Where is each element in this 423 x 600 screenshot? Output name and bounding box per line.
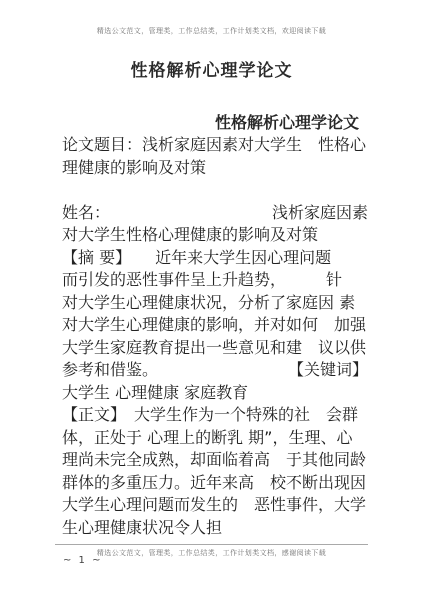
page-number: ~ 1 ~	[63, 555, 102, 566]
line-text: 论文题目：浅析家庭因素对大学生 性格心	[62, 134, 366, 157]
line-text: 大学生 心理健康 家庭教育	[62, 382, 248, 405]
footer-divider	[55, 544, 368, 545]
text-line: 【正文】 大学生作为一个特殊的社 会群	[62, 404, 368, 427]
text-line: 【摘 要】 近年来大学生因心理问题	[62, 247, 368, 270]
text-line: 姓名： 浅析家庭因素	[62, 202, 368, 225]
text-line: 参考和借鉴。 【关键词】	[62, 359, 368, 382]
text-line: 对大学生心理健康的影响，并对如何 加强	[62, 314, 368, 337]
line-text: 对大学生性格心理健康的影响及对策	[62, 224, 318, 247]
text-line: 理尚未完全成熟，却面临着高 于其他同龄	[62, 449, 368, 472]
text-line: 理健康的影响及对策	[62, 157, 368, 180]
header-note: 精选公文范文，管理类，工作总结类，工作计划类文档，欢迎阅读下载	[0, 26, 423, 36]
subtitle-right-aligned: 性格解析心理学论文	[0, 110, 359, 133]
line-text: 大学生心理问题而发生的 恶性事件，大学	[62, 494, 366, 517]
line-text: 生心理健康状况令人担	[62, 517, 222, 540]
line-text: 理健康的影响及对策	[62, 157, 206, 180]
line-text: 姓名：	[62, 202, 110, 225]
line-text: 【摘 要】 近年来大学生因心理问题	[62, 247, 331, 270]
text-line: 大学生 心理健康 家庭教育	[62, 382, 368, 405]
line-text: 大学生家庭教育提出一些意见和建 议以供	[62, 337, 366, 360]
document-page: 精选公文范文，管理类，工作总结类，工作计划类文档，欢迎阅读下载 性格解析心理学论…	[0, 0, 423, 600]
text-line: 对大学生心理健康状况，分析了家庭因 素	[62, 292, 368, 315]
line-text: 而引发的恶性事件呈上升趋势， 针	[62, 269, 342, 292]
line-text: 体，正处于 心理上的断乳 期”，生理、心	[62, 427, 352, 450]
text-line: 大学生家庭教育提出一些意见和建 议以供	[62, 337, 368, 360]
document-body: 论文题目：浅析家庭因素对大学生 性格心 理健康的影响及对策 姓名： 浅析家庭因素…	[62, 134, 368, 539]
text-line	[62, 179, 368, 202]
line-text: 理尚未完全成熟，却面临着高 于其他同龄	[62, 449, 366, 472]
line-text: 对大学生心理健康状况，分析了家庭因 素	[62, 292, 355, 315]
text-line: 对大学生性格心理健康的影响及对策	[62, 224, 368, 247]
line-text: 群体的多重压力。近年来高 校不断出现因	[62, 472, 366, 495]
text-line: 生心理健康状况令人担	[62, 517, 368, 540]
text-line: 体，正处于 心理上的断乳 期”，生理、心	[62, 427, 368, 450]
text-line: 论文题目：浅析家庭因素对大学生 性格心	[62, 134, 368, 157]
line-text: 【正文】 大学生作为一个特殊的社 会群	[62, 404, 358, 427]
line-text: 参考和借鉴。	[62, 359, 158, 382]
page-title: 性格解析心理学论文	[0, 56, 423, 81]
text-line: 群体的多重压力。近年来高 校不断出现因	[62, 472, 368, 495]
line-text-right: 【关键词】	[288, 359, 368, 382]
text-line: 而引发的恶性事件呈上升趋势， 针	[62, 269, 368, 292]
line-text: 对大学生心理健康的影响，并对如何 加强	[62, 314, 366, 337]
line-text-right: 浅析家庭因素	[272, 202, 368, 225]
text-line: 大学生心理问题而发生的 恶性事件，大学	[62, 494, 368, 517]
